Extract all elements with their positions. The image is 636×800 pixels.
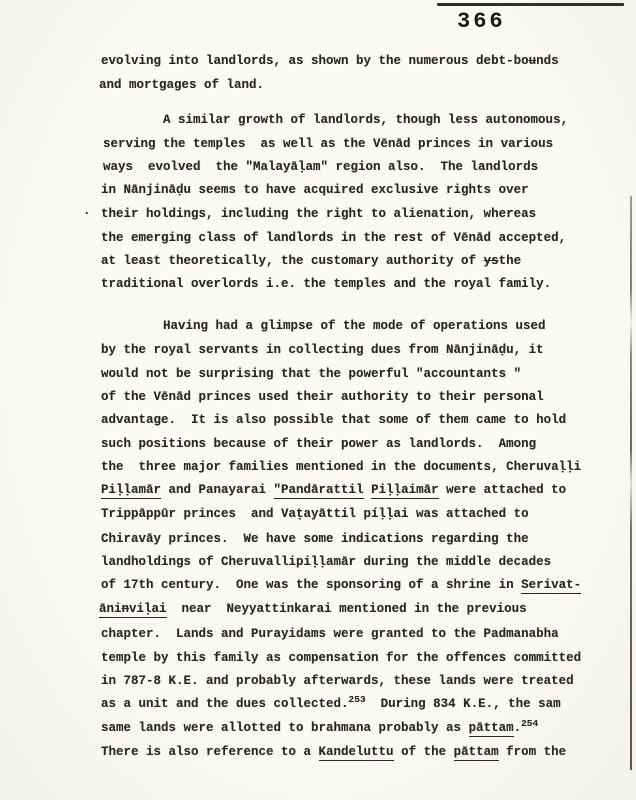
underlined-term: pāttam <box>454 745 499 761</box>
text-segment: and Panayarai <box>161 483 274 497</box>
footnote-ref: 253 <box>349 694 366 705</box>
text-line: evolving into landlords, as shown by the… <box>101 53 559 69</box>
text-line: same lands were allotted to brahmana pro… <box>101 720 538 737</box>
text-line: the emerging class of landlords in the r… <box>101 230 566 246</box>
text-segment: at least theoretically, the customary au… <box>101 254 484 268</box>
text-line: of 17th century. One was the sponsoring … <box>101 577 581 593</box>
text-segment: A similar growth of landlords, though le… <box>163 113 568 127</box>
text-line: landholdings of Cheruvallipiḷḷamār durin… <box>101 554 551 570</box>
text-segment: would not be surprising that the powerfu… <box>101 367 521 381</box>
underlined-term: "Pandārattil <box>274 483 364 499</box>
text-segment: were attached to <box>439 483 567 497</box>
scan-edge-artifact <box>630 196 632 770</box>
underlined-term: viḷai <box>129 602 167 618</box>
text-segment: as a unit and the dues collected. <box>101 697 349 711</box>
text-line: the three major families mentioned in th… <box>101 459 581 475</box>
text-segment: Trippāppūr princes and Vaṭayāttil píḷḷai… <box>101 507 529 521</box>
text-segment: . <box>514 721 522 735</box>
text-line: chapter. Lands and Purayidams were grant… <box>101 626 559 642</box>
text-segment: the emerging class of landlords in the r… <box>101 231 566 245</box>
text-segment: the <box>499 254 522 268</box>
text-segment: same lands were allotted to brahmana pro… <box>101 721 469 735</box>
text-segment: the three major families mentioned in th… <box>101 460 581 474</box>
text-segment: of 17th century. One was the sponsoring … <box>101 578 521 592</box>
text-line: as a unit and the dues collected.253 Dur… <box>101 696 561 713</box>
text-line: A similar growth of landlords, though le… <box>163 112 568 128</box>
text-segment: such positions because of their power as… <box>101 437 536 451</box>
underlined-term: Piḷḷamār <box>101 483 161 499</box>
text-line: in Nānjināḍu seems to have acquired excl… <box>101 182 529 198</box>
underlined-term: n <box>122 602 130 618</box>
text-line: in 787-8 K.E. and probably afterwards, t… <box>101 673 574 689</box>
document-page: 366 . evolving into landlords, as shown … <box>0 0 636 800</box>
text-line: advantage. It is also possible that some… <box>101 412 566 428</box>
text-line: temple by this family as compensation fo… <box>101 650 581 666</box>
text-line: āninviḷai near Neyyattinkarai mentioned … <box>99 601 527 617</box>
underlined-term: Piḷḷaimār <box>371 483 439 499</box>
text-segment: temple by this family as compensation fo… <box>101 651 581 665</box>
text-segment: There is also reference to a <box>101 745 319 759</box>
text-line: serving the temples as well as the Vēnād… <box>103 136 553 152</box>
text-line: of the Vēnād princes used their authorit… <box>101 389 544 405</box>
text-line: traditional overlords i.e. the temples a… <box>101 276 551 292</box>
text-segment: advantage. It is also possible that some… <box>101 413 566 427</box>
text-segment: their holdings, including the right to a… <box>101 207 536 221</box>
text-segment: During 834 K.E., the sam <box>366 697 561 711</box>
text-line: Chiravāy princes. We have some indicatio… <box>101 531 529 547</box>
text-segment: nds <box>536 54 559 68</box>
underlined-term: Serivat- <box>521 578 581 594</box>
text-body: evolving into landlords, as shown by the… <box>0 0 636 800</box>
text-segment: of the <box>394 745 454 759</box>
text-segment: in Nānjināḍu seems to have acquired excl… <box>101 183 529 197</box>
underlined-term: pāttam <box>469 721 514 737</box>
text-line: their holdings, including the right to a… <box>101 206 536 222</box>
text-segment: ways evolved the "Malayāḷam" region also… <box>103 160 538 174</box>
text-segment: evolving into landlords, as shown by the… <box>101 54 529 68</box>
text-segment: u <box>529 54 537 68</box>
text-line: at least theoretically, the customary au… <box>101 253 521 269</box>
text-line: ways evolved the "Malayāḷam" region also… <box>103 159 538 175</box>
text-line: Trippāppūr princes and Vaṭayāttil píḷḷai… <box>101 506 529 522</box>
text-segment: of the Vēnād princes used their authorit… <box>101 390 544 404</box>
text-segment: in 787-8 K.E. and probably afterwards, t… <box>101 674 574 688</box>
underlined-term: Kandeluttu <box>319 745 394 761</box>
text-line: by the royal servants in collecting dues… <box>101 342 544 358</box>
underlined-term: āni <box>99 602 122 618</box>
text-line: such positions because of their power as… <box>101 436 536 452</box>
text-line: Piḷḷamār and Panayarai "Pandārattil Piḷḷ… <box>101 482 566 498</box>
text-segment: by the royal servants in collecting dues… <box>101 343 544 357</box>
text-line: and mortgages of land. <box>99 77 264 93</box>
text-segment: Having had a glimpse of the mode of oper… <box>163 319 546 333</box>
text-line: Having had a glimpse of the mode of oper… <box>163 318 546 334</box>
text-segment: from the <box>499 745 567 759</box>
text-segment: near Neyyattinkarai mentioned in the pre… <box>167 602 527 616</box>
text-segment: traditional overlords i.e. the temples a… <box>101 277 551 291</box>
text-segment: Chiravāy princes. We have some indicatio… <box>101 532 529 546</box>
text-segment: ys <box>484 254 499 268</box>
footnote-ref: 254 <box>521 718 538 729</box>
text-segment: and mortgages of land. <box>99 78 264 92</box>
text-segment <box>364 483 372 497</box>
text-segment: chapter. Lands and Purayidams were grant… <box>101 627 559 641</box>
text-segment: serving the temples as well as the Vēnād… <box>103 137 553 151</box>
text-line: would not be surprising that the powerfu… <box>101 366 521 382</box>
text-segment: landholdings of Cheruvallipiḷḷamār durin… <box>101 555 551 569</box>
text-line: There is also reference to a Kandeluttu … <box>101 744 566 760</box>
